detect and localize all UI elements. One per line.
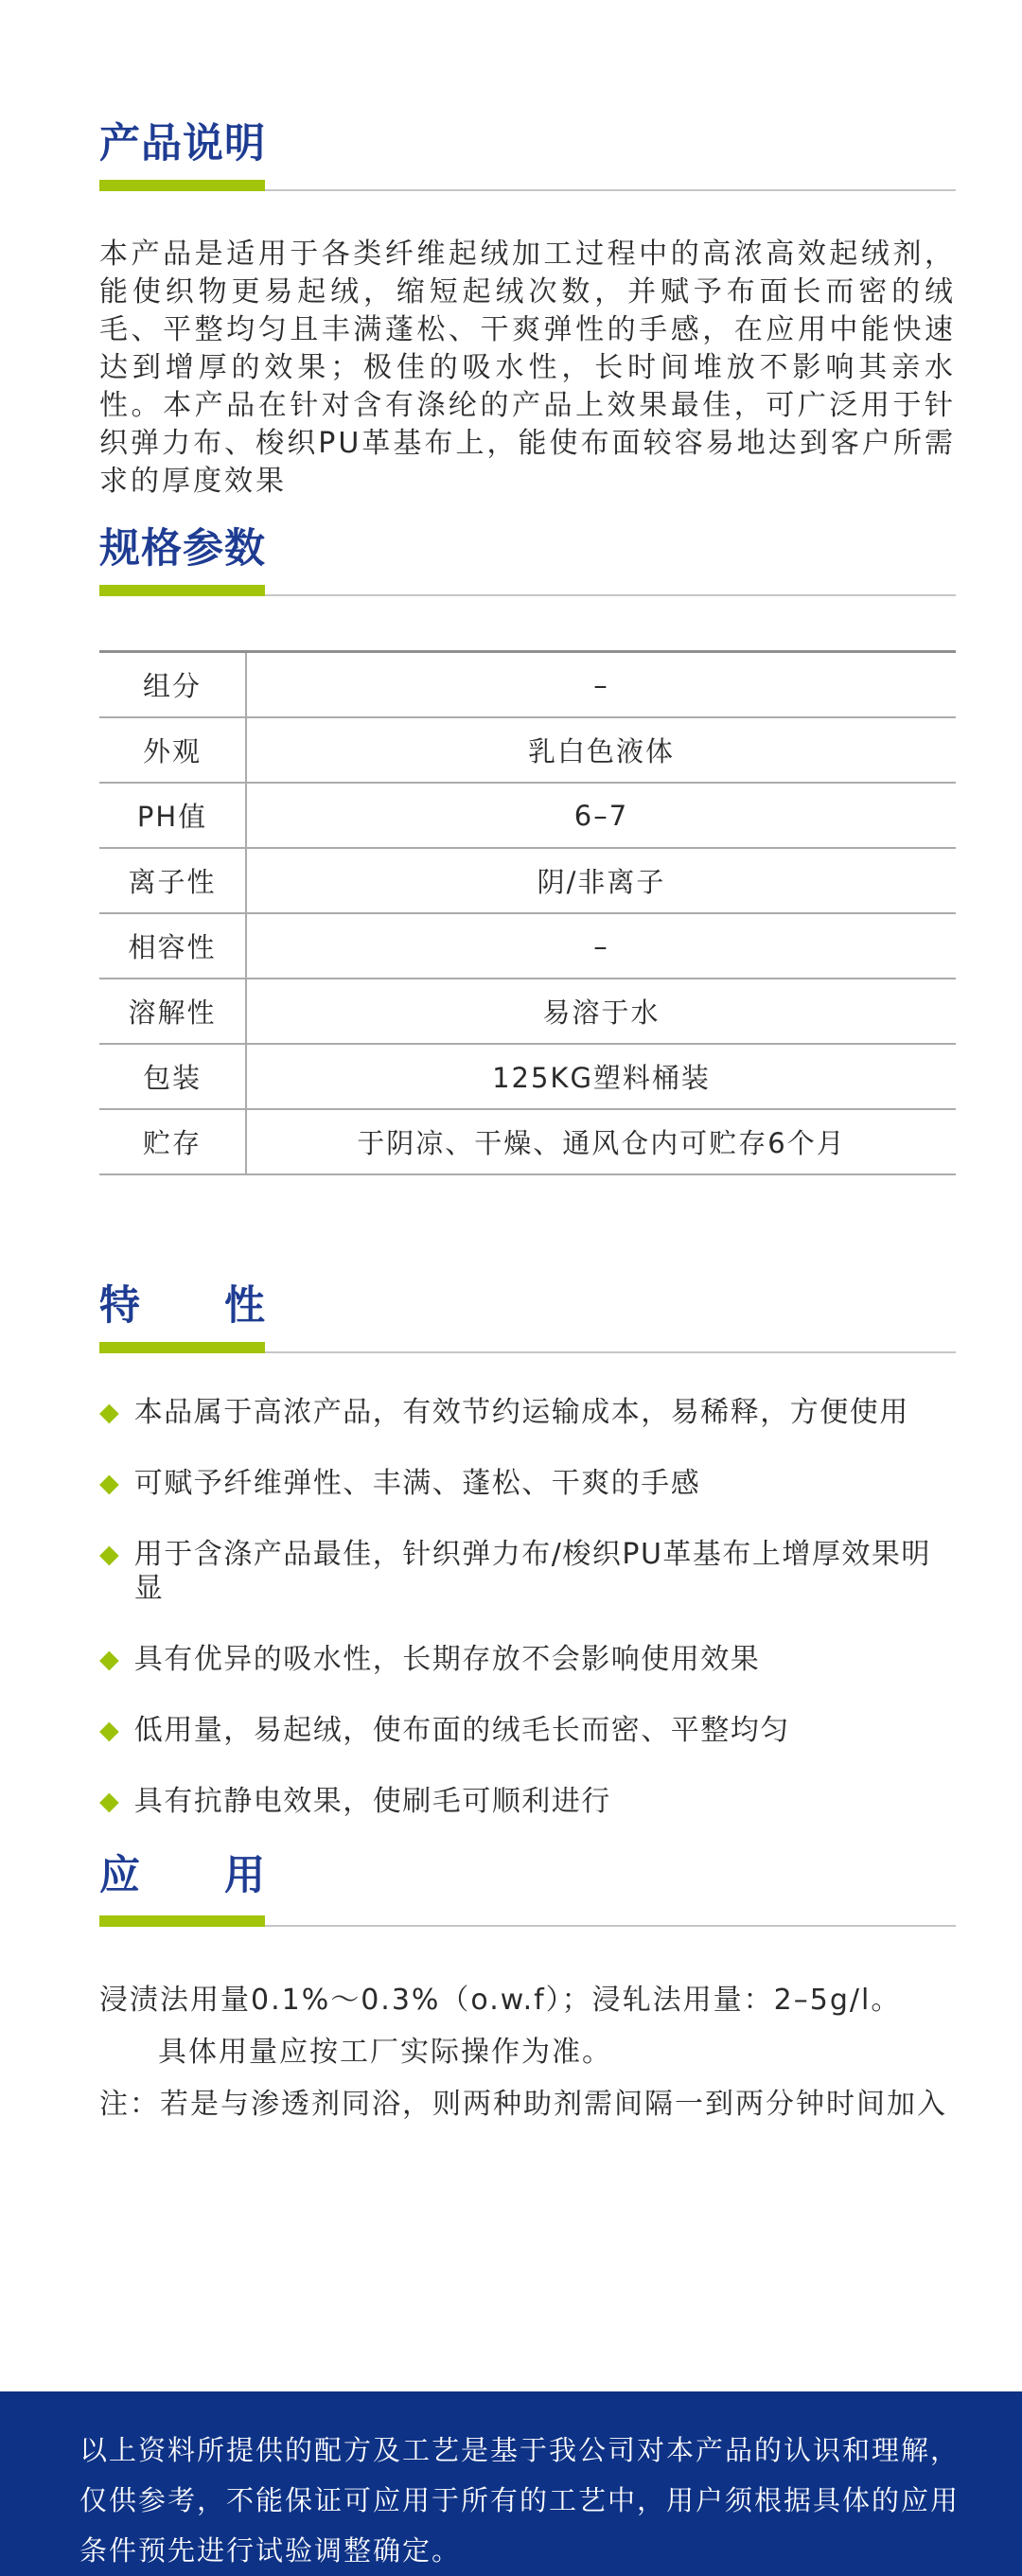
table-row: 相容性 – xyxy=(99,914,956,979)
spec-label: 离子性 xyxy=(99,849,247,912)
spec-value: 6–7 xyxy=(247,784,956,847)
table-row: 溶解性 易溶于水 xyxy=(99,979,956,1045)
spec-value: – xyxy=(247,653,956,716)
spec-label: 包装 xyxy=(99,1045,247,1108)
spec-table: 组分 – 外观 乳白色液体 PH值 6–7 离子性 阴/非离子 相容性 – 溶解… xyxy=(99,650,956,1175)
section-title-product-description: 产品说明 xyxy=(99,121,956,167)
green-accent-bar xyxy=(99,1342,265,1353)
application-line: 具体用量应按工厂实际操作为准。 xyxy=(99,2026,956,2078)
title-underline xyxy=(99,1915,956,1927)
diamond-bullet-icon: ◆ xyxy=(99,1714,119,1748)
section-application: 应 用 浸渍法用量0.1%～0.3%（o.w.f）；浸轧法用量：2–5g/l。 … xyxy=(99,1853,956,2130)
table-row: 组分 – xyxy=(99,653,956,718)
feature-text: 低用量，易起绒，使布面的绒毛长而密、平整均匀 xyxy=(134,1714,790,1748)
gray-hairline xyxy=(265,594,956,596)
list-item: ◆ 低用量，易起绒，使布面的绒毛长而密、平整均匀 xyxy=(99,1714,956,1748)
list-item: ◆ 本品属于高浓产品，有效节约运输成本，易稀释，方便使用 xyxy=(99,1396,956,1430)
spec-label: 相容性 xyxy=(99,914,247,978)
table-row: 贮存 于阴凉、干燥、通风仓内可贮存6个月 xyxy=(99,1110,956,1175)
spec-value: 于阴凉、干燥、通风仓内可贮存6个月 xyxy=(247,1110,956,1173)
green-accent-bar xyxy=(99,180,265,191)
product-description-text: 本产品是适用于各类纤维起绒加工过程中的高浓高效起绒剂，能使织物更易起绒，缩短起绒… xyxy=(99,236,956,501)
spec-value: 乳白色液体 xyxy=(247,718,956,782)
list-item: ◆ 具有优异的吸水性，长期存放不会影响使用效果 xyxy=(99,1643,956,1677)
section-product-description: 产品说明 本产品是适用于各类纤维起绒加工过程中的高浓高效起绒剂，能使织物更易起绒… xyxy=(99,121,956,501)
section-title-features: 特 性 xyxy=(99,1283,956,1329)
spec-label: PH值 xyxy=(99,784,247,847)
table-row: PH值 6–7 xyxy=(99,784,956,849)
spec-value: 125KG塑料桶装 xyxy=(247,1045,956,1108)
feature-text: 可赋予纤维弹性、丰满、蓬松、干爽的手感 xyxy=(134,1467,701,1501)
table-row: 离子性 阴/非离子 xyxy=(99,849,956,914)
title-underline xyxy=(99,180,956,191)
green-accent-bar xyxy=(99,1915,265,1927)
table-row: 包装 125KG塑料桶装 xyxy=(99,1045,956,1110)
diamond-bullet-icon: ◆ xyxy=(99,1467,119,1501)
gray-hairline xyxy=(265,189,956,191)
application-line: 浸渍法用量0.1%～0.3%（o.w.f）；浸轧法用量：2–5g/l。 xyxy=(99,1974,956,2026)
list-item: ◆ 用于含涤产品最佳，针织弹力布/梭织PU革基布上增厚效果明显 xyxy=(99,1538,956,1606)
footer-line: 条件预先进行试验调整确定。 xyxy=(79,2526,965,2576)
list-item: ◆ 可赋予纤维弹性、丰满、蓬松、干爽的手感 xyxy=(99,1467,956,1501)
table-row: 外观 乳白色液体 xyxy=(99,718,956,784)
section-specifications: 规格参数 组分 – 外观 乳白色液体 PH值 6–7 离子性 阴/非离子 相容性… xyxy=(99,526,956,1175)
spec-label: 溶解性 xyxy=(99,979,247,1043)
feature-list: ◆ 本品属于高浓产品，有效节约运输成本，易稀释，方便使用 ◆ 可赋予纤维弹性、丰… xyxy=(99,1396,956,1819)
section-title-application: 应 用 xyxy=(99,1853,956,1898)
list-item: ◆ 具有抗静电效果，使刷毛可顺利进行 xyxy=(99,1785,956,1819)
spec-label: 组分 xyxy=(99,653,247,716)
feature-text: 具有优异的吸水性，长期存放不会影响使用效果 xyxy=(134,1643,761,1677)
diamond-bullet-icon: ◆ xyxy=(99,1785,119,1819)
section-features: 特 性 ◆ 本品属于高浓产品，有效节约运输成本，易稀释，方便使用 ◆ 可赋予纤维… xyxy=(99,1283,956,1856)
feature-text: 本品属于高浓产品，有效节约运输成本，易稀释，方便使用 xyxy=(134,1396,909,1430)
feature-text: 用于含涤产品最佳，针织弹力布/梭织PU革基布上增厚效果明显 xyxy=(134,1538,956,1606)
spec-label: 贮存 xyxy=(99,1110,247,1173)
footer-line: 以上资料所提供的配方及工艺是基于我公司对本产品的认识和理解， xyxy=(79,2426,965,2476)
application-note: 注：若是与渗透剂同浴，则两种助剂需间隔一到两分钟时间加入 xyxy=(99,2078,956,2130)
spec-value: 阴/非离子 xyxy=(247,849,956,912)
diamond-bullet-icon: ◆ xyxy=(99,1396,119,1430)
feature-text: 具有抗静电效果，使刷毛可顺利进行 xyxy=(134,1785,611,1819)
diamond-bullet-icon: ◆ xyxy=(99,1643,119,1677)
application-text: 浸渍法用量0.1%～0.3%（o.w.f）；浸轧法用量：2–5g/l。 具体用量… xyxy=(99,1974,956,2130)
diamond-bullet-icon: ◆ xyxy=(99,1538,119,1572)
spec-label: 外观 xyxy=(99,718,247,782)
gray-hairline xyxy=(265,1925,956,1927)
green-accent-bar xyxy=(99,585,265,596)
spec-value: – xyxy=(247,914,956,978)
section-title-specifications: 规格参数 xyxy=(99,526,956,572)
spec-value: 易溶于水 xyxy=(247,979,956,1043)
footer-disclaimer: 以上资料所提供的配方及工艺是基于我公司对本产品的认识和理解， 仅供参考，不能保证… xyxy=(0,2391,1022,2576)
footer-line: 仅供参考，不能保证可应用于所有的工艺中，用户须根据具体的应用 xyxy=(79,2476,965,2526)
gray-hairline xyxy=(265,1351,956,1353)
title-underline xyxy=(99,585,956,596)
title-underline xyxy=(99,1342,956,1353)
